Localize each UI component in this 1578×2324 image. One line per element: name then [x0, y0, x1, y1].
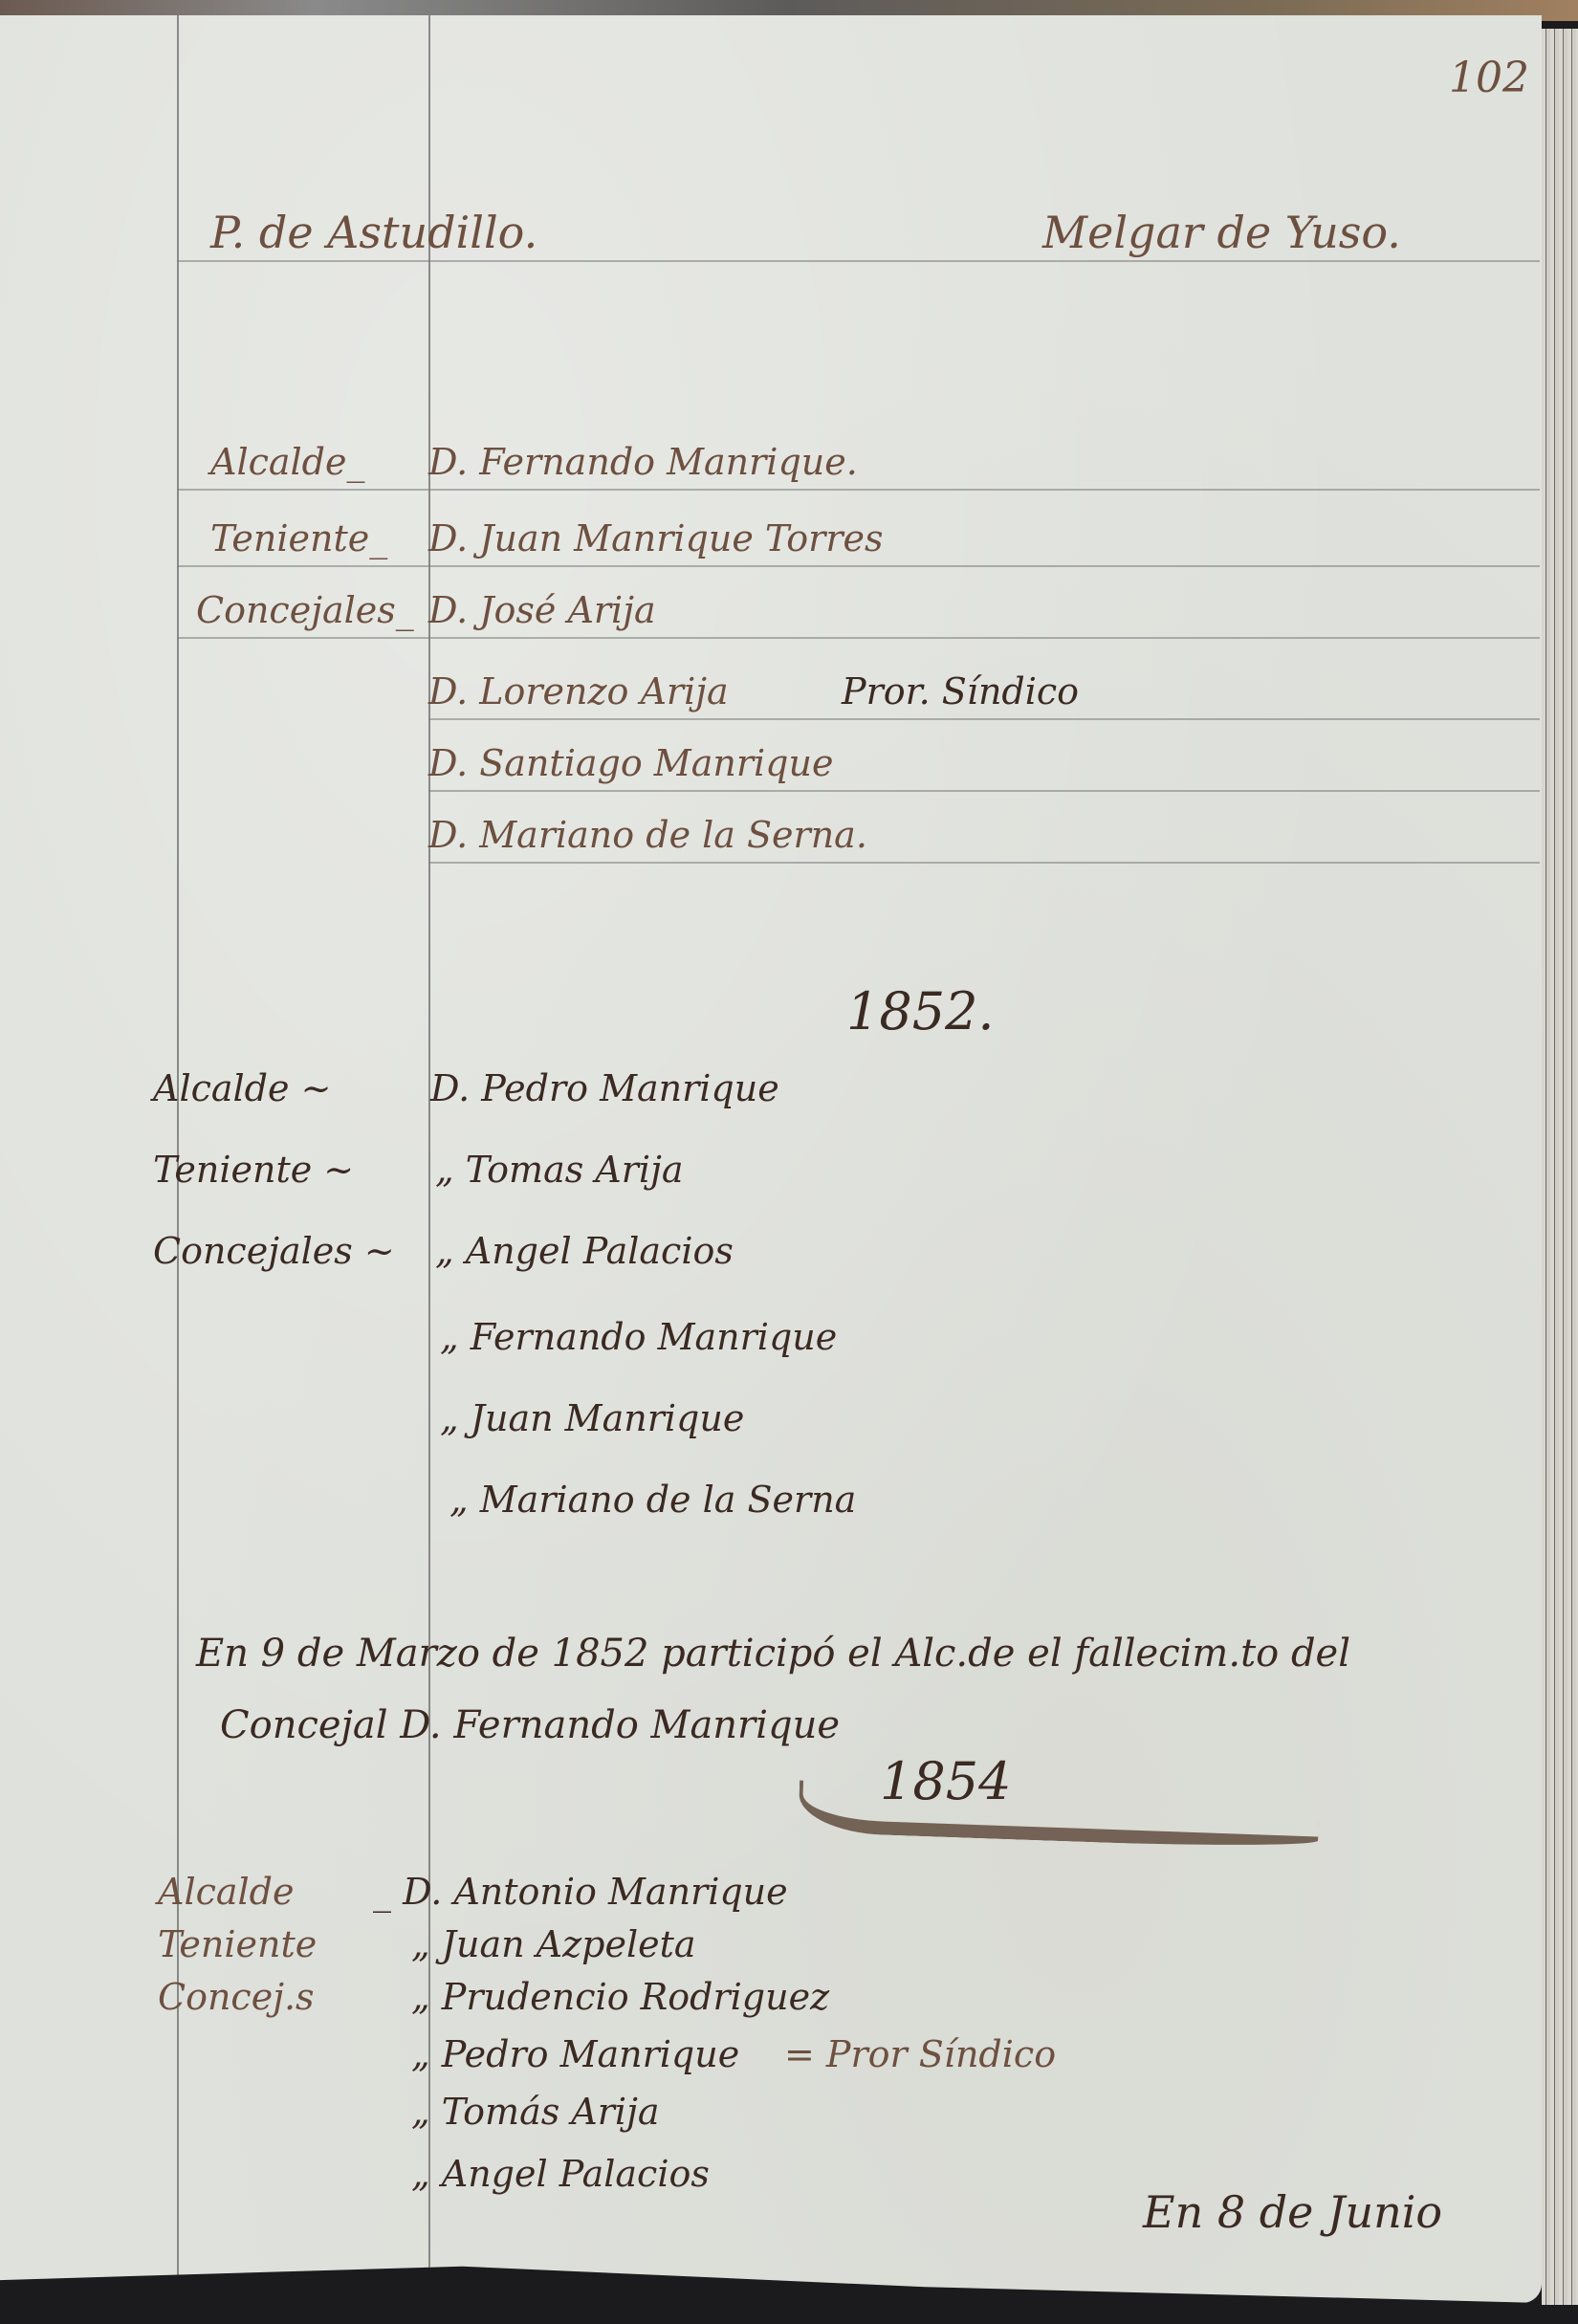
page-stack-edge [1542, 29, 1578, 2305]
member-name: _ D. Antonio Manrique [373, 1871, 788, 1913]
office-label: Alcalde_ [210, 441, 365, 483]
ink-flourish [798, 1781, 1320, 1851]
member-name: D. Mariano de la Serna. [428, 814, 867, 856]
office-label: Concejales_ [196, 589, 414, 631]
district-heading: P. de Astudillo. [210, 207, 537, 258]
member-name: „ Tomas Arija [435, 1149, 684, 1191]
member-name: „ Fernando Manrique [440, 1316, 837, 1358]
member-name: „ Mariano de la Serna [449, 1479, 856, 1521]
role-note: Pror. Síndico [842, 670, 1079, 713]
office-label: Teniente [158, 1923, 317, 1965]
member-name: D. Pedro Manrique [430, 1067, 779, 1109]
member-name: „ Angel Palacios [435, 1230, 734, 1272]
annotation-line: En 9 de Marzo de 1852 participó el Alc.d… [196, 1632, 1350, 1676]
member-name: „ Angel Palacios [411, 2153, 710, 2195]
closing-note: En 8 de Junio [1143, 2186, 1442, 2238]
row-rule [177, 489, 1540, 491]
office-label: Teniente ~ [153, 1149, 354, 1191]
member-name: D. Juan Manrique Torres [428, 517, 884, 559]
folio-number: 102 [1449, 54, 1529, 102]
member-name: „ Prudencio Rodriguez [411, 1976, 829, 2018]
office-label: Concejales ~ [153, 1230, 395, 1272]
annotation-line: Concejal D. Fernando Manrique [220, 1703, 840, 1747]
office-label: Alcalde ~ [153, 1067, 331, 1109]
header-rule [177, 260, 1540, 262]
row-rule [177, 637, 1540, 639]
row-rule [428, 862, 1540, 864]
office-label: Alcalde [158, 1871, 295, 1913]
row-rule [428, 790, 1540, 792]
office-label: Teniente_ [210, 517, 387, 559]
role-note: = Pror Síndico [784, 2033, 1056, 2075]
member-name: D. Santiago Manrique [428, 742, 833, 784]
municipality-heading: Melgar de Yuso. [1042, 207, 1401, 258]
member-name: D. Lorenzo Arija [428, 670, 729, 713]
office-label: Concej.s [158, 1976, 315, 2018]
row-rule [177, 565, 1540, 567]
ledger-page: 102 P. de Astudillo. Melgar de Yuso. Alc… [0, 15, 1542, 2303]
member-name: „ Juan Manrique [440, 1397, 744, 1439]
member-name: D. Fernando Manrique. [428, 441, 858, 483]
row-rule [428, 718, 1540, 720]
member-name: „ Pedro Manrique [411, 2033, 739, 2075]
member-name: „ Tomás Arija [411, 2091, 660, 2133]
member-name: D. José Arija [428, 589, 656, 631]
year-heading: 1852. [846, 981, 995, 1041]
member-name: „ Juan Azpeleta [411, 1923, 696, 1965]
